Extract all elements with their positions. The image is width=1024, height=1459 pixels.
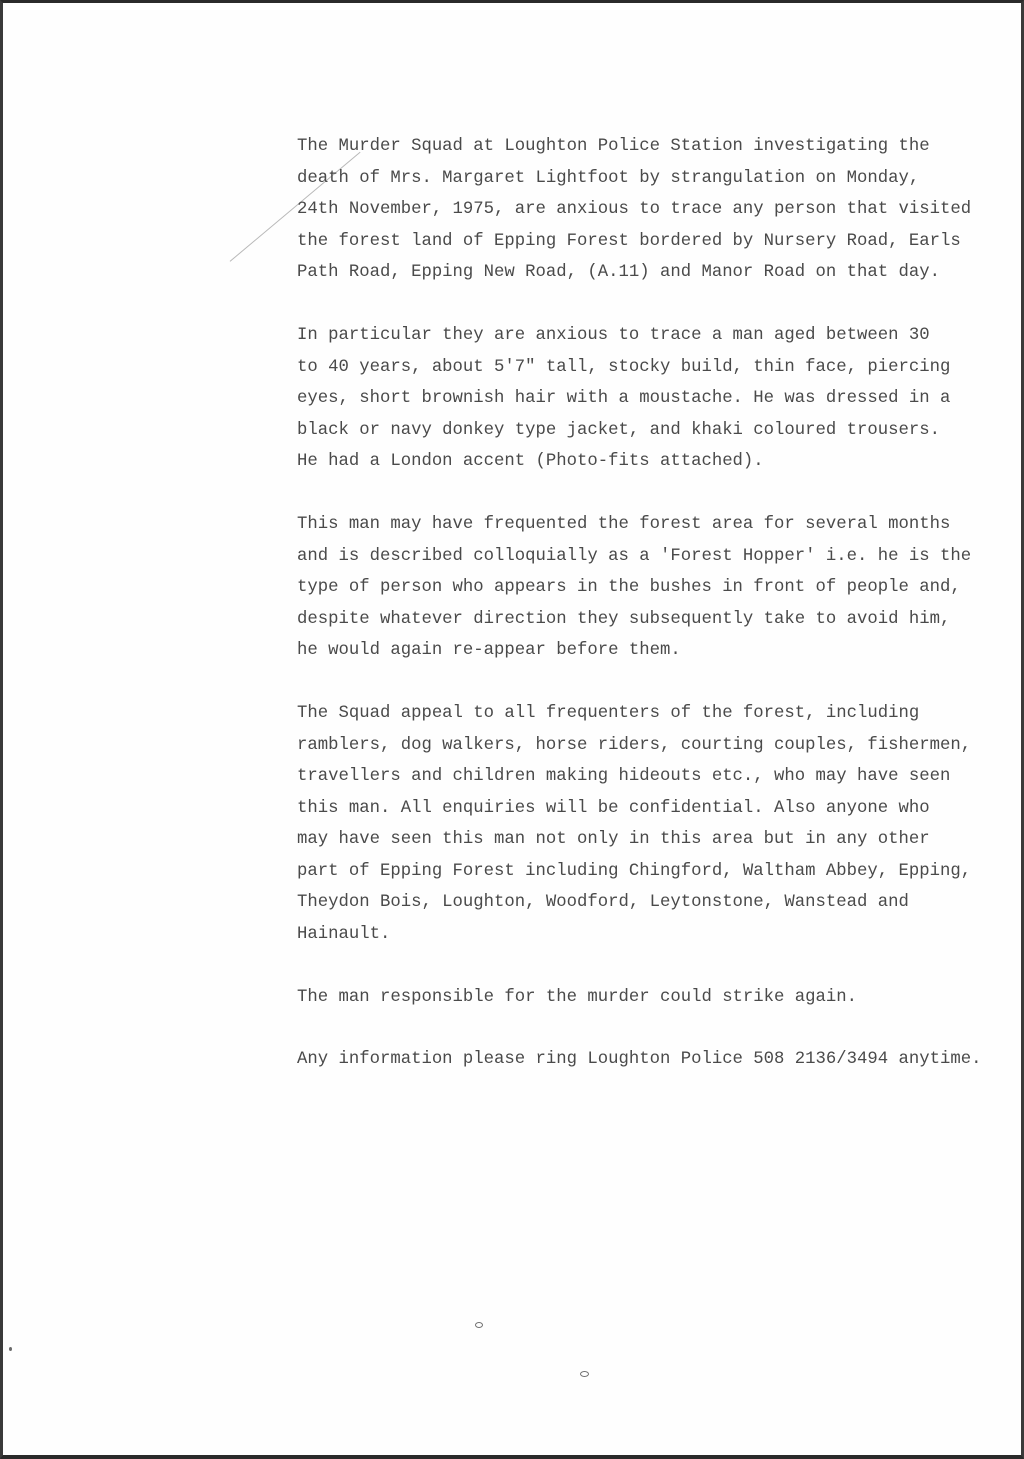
text-line: The man responsible for the murder could… — [297, 982, 997, 1014]
paragraph-appeal: The Squad appeal to all frequenters of t… — [297, 698, 997, 951]
ink-speck — [9, 1347, 12, 1351]
text-line: He had a London accent (Photo-fits attac… — [297, 446, 997, 478]
text-line: Theydon Bois, Loughton, Woodford, Leyton… — [297, 887, 997, 919]
paragraph-incident: The Murder Squad at Loughton Police Stat… — [297, 131, 997, 289]
text-line: 24th November, 1975, are anxious to trac… — [297, 194, 997, 226]
text-line: despite whatever direction they subseque… — [297, 604, 997, 636]
ink-speck — [580, 1371, 589, 1377]
text-line: travellers and children making hideouts … — [297, 761, 997, 793]
text-line: This man may have frequented the forest … — [297, 509, 997, 541]
text-line: Any information please ring Loughton Pol… — [297, 1044, 997, 1076]
text-line: to 40 years, about 5'7" tall, stocky bui… — [297, 352, 997, 384]
text-line: death of Mrs. Margaret Lightfoot by stra… — [297, 163, 997, 195]
document-page: The Murder Squad at Loughton Police Stat… — [0, 0, 1024, 1459]
text-line: In particular they are anxious to trace … — [297, 320, 997, 352]
text-line: type of person who appears in the bushes… — [297, 572, 997, 604]
text-line: the forest land of Epping Forest bordere… — [297, 226, 997, 258]
document-body: The Murder Squad at Loughton Police Stat… — [297, 131, 997, 1107]
paragraph-warning: The man responsible for the murder could… — [297, 982, 997, 1014]
text-line: and is described colloquially as a 'Fore… — [297, 541, 997, 573]
text-line: he would again re-appear before them. — [297, 635, 997, 667]
text-line: this man. All enquiries will be confiden… — [297, 793, 997, 825]
text-line: Path Road, Epping New Road, (A.11) and M… — [297, 257, 997, 289]
text-line: Hainault. — [297, 919, 997, 951]
text-line: ramblers, dog walkers, horse riders, cou… — [297, 730, 997, 762]
paragraph-contact: Any information please ring Loughton Pol… — [297, 1044, 997, 1076]
text-line: part of Epping Forest including Chingfor… — [297, 856, 997, 888]
text-line: may have seen this man not only in this … — [297, 824, 997, 856]
text-line: The Squad appeal to all frequenters of t… — [297, 698, 997, 730]
text-line: The Murder Squad at Loughton Police Stat… — [297, 131, 997, 163]
paragraph-forest-hopper: This man may have frequented the forest … — [297, 509, 997, 667]
paragraph-suspect-description: In particular they are anxious to trace … — [297, 320, 997, 478]
text-line: black or navy donkey type jacket, and kh… — [297, 415, 997, 447]
text-line: eyes, short brownish hair with a moustac… — [297, 383, 997, 415]
ink-speck — [475, 1322, 483, 1328]
